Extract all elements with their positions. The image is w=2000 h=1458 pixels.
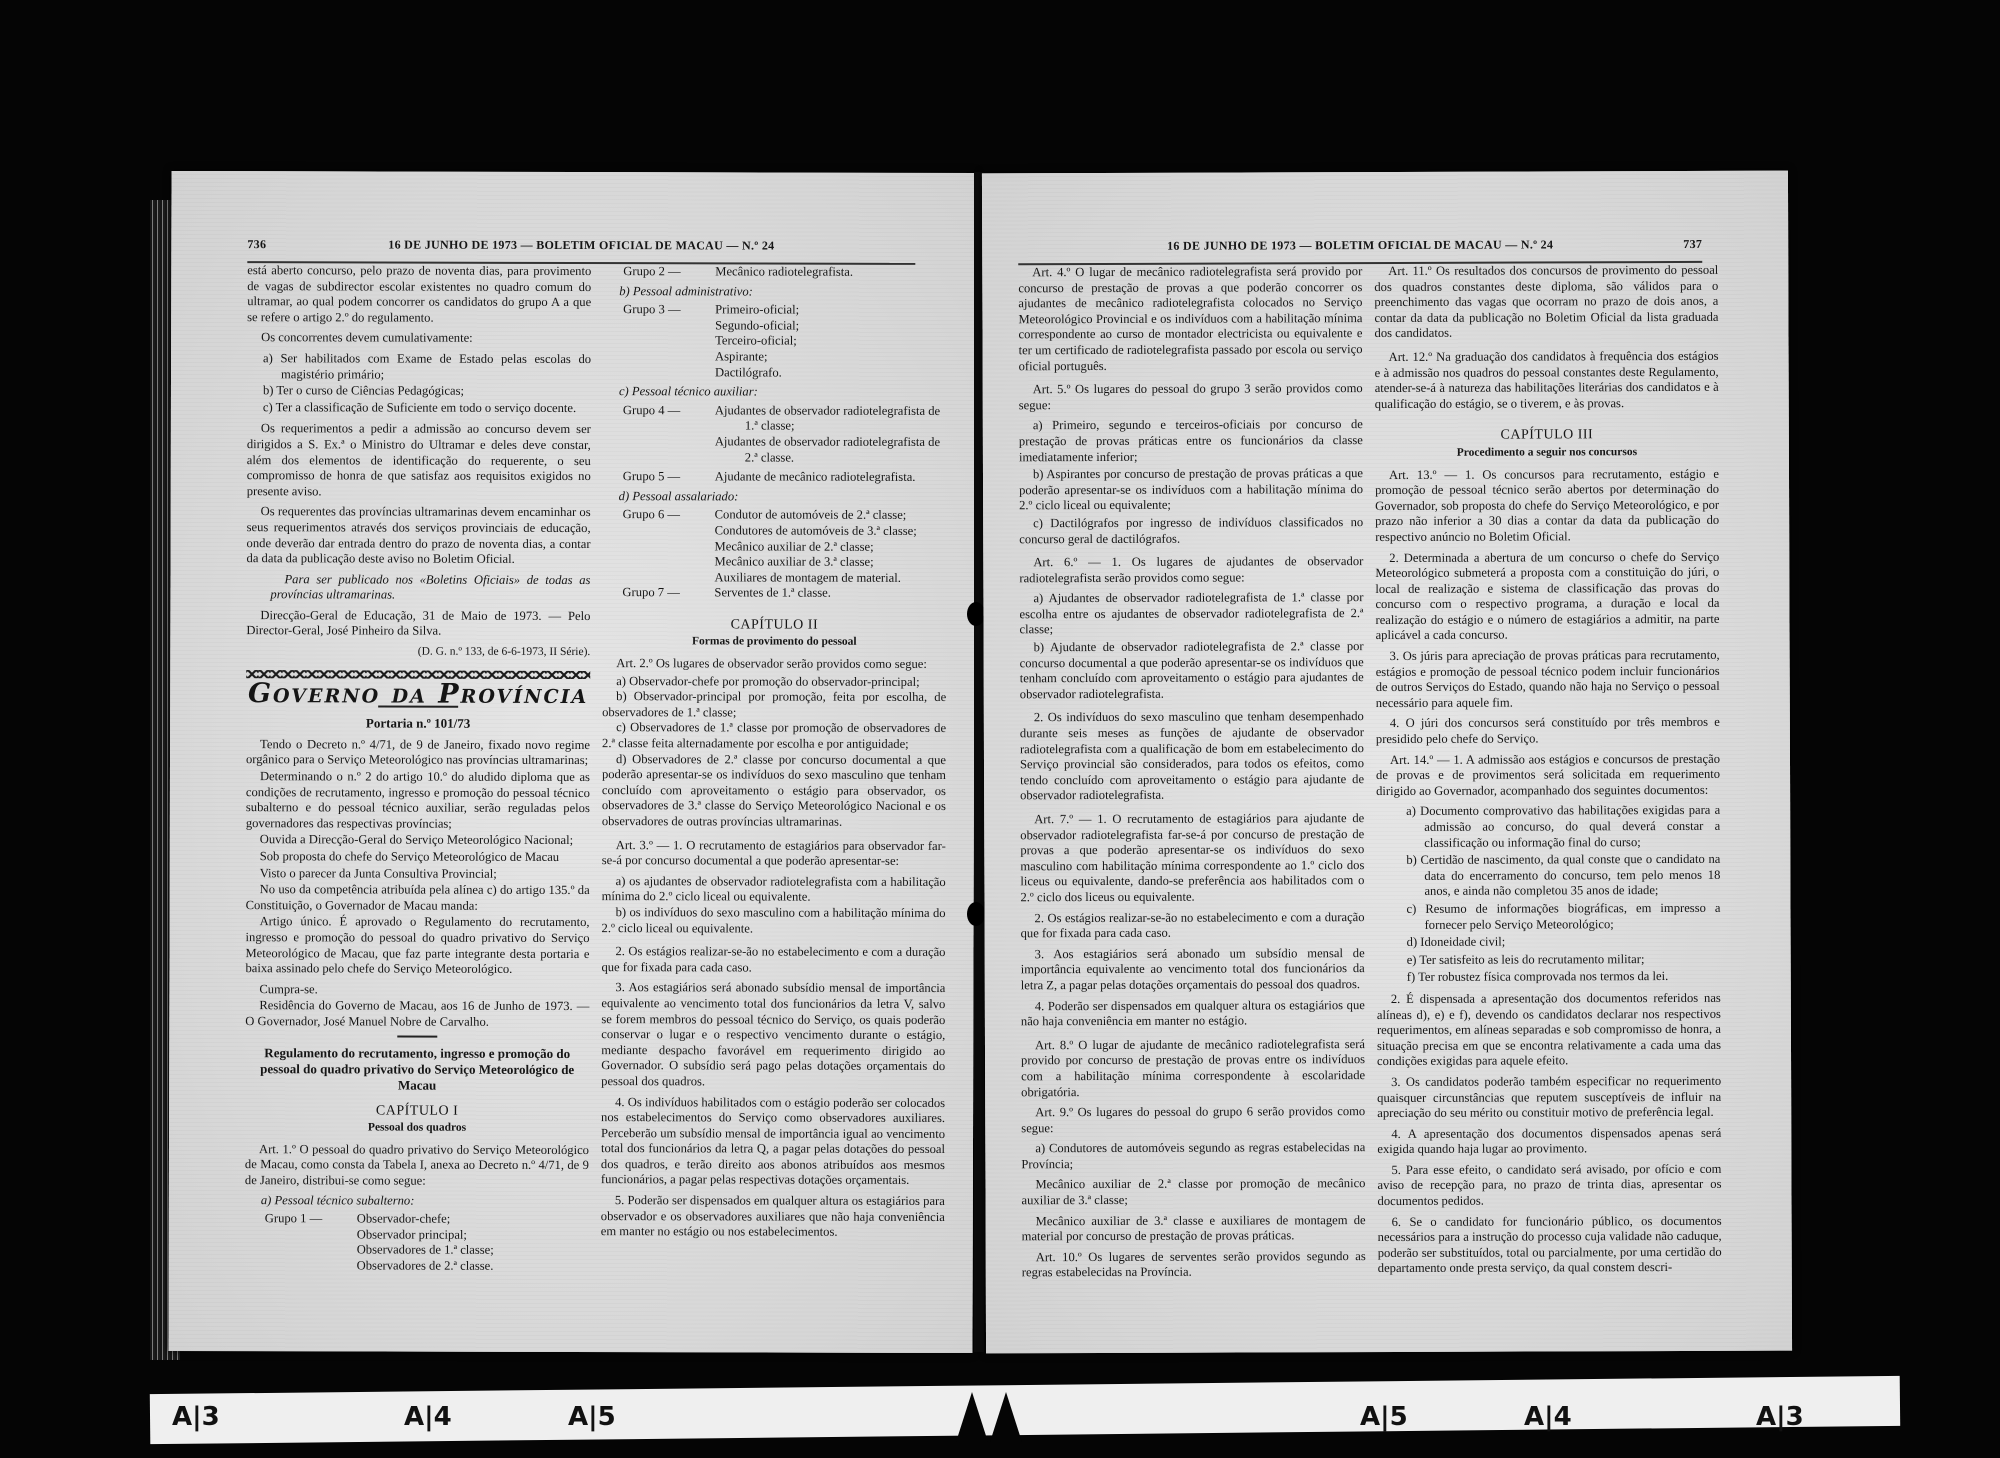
divider [397, 1035, 437, 1037]
frame-marker: A|4 [404, 1402, 452, 1432]
paragraph: Sob proposta do chefe do Serviço Meteoro… [246, 849, 590, 865]
running-head-title: 16 DE JUNHO DE 1973 — BOLETIM OFICIAL DE… [247, 237, 915, 254]
paragraph: Ouvida a Direcção-Geral do Serviço Meteo… [246, 833, 590, 849]
group-label: Grupo 6 — [602, 507, 714, 585]
group-item: Observador principal; [357, 1227, 589, 1243]
group-item: Auxiliares de montagem de material. [714, 570, 946, 586]
paragraph: Art. 3.º — 1. O recrutamento de estagiár… [602, 838, 946, 870]
film-notch [956, 1392, 988, 1442]
list-item: b) Ter o curso de Ciências Pedagógicas; [247, 383, 591, 399]
group-category: c) Pessoal técnico auxiliar: [603, 384, 947, 400]
chapter-heading: CAPÍTULO III [1375, 427, 1719, 444]
list-item: a) Documento comprovativo das habilitaçõ… [1376, 803, 1720, 851]
list-item: f) Ter robustez física comprovada nos te… [1377, 969, 1721, 986]
group-category: b) Pessoal administrativo: [603, 284, 947, 300]
group-item: Ajudante de mecânico radiotelegrafista. [715, 469, 947, 485]
frame-marker: A|3 [1756, 1402, 1804, 1432]
list-item: a) os ajudantes de observador radioteleg… [602, 874, 946, 906]
group-item: Observador-chefe; [357, 1212, 589, 1228]
group-label: Grupo 2 — [603, 264, 715, 280]
gazette-spread: 736 16 DE JUNHO DE 1973 — BOLETIM OFICIA… [170, 172, 1790, 1352]
paragraph: está aberto concurso, pelo prazo de nove… [247, 263, 591, 326]
signature-line: Direcção-Geral de Educação, 31 de Maio d… [246, 608, 590, 640]
paragraph: 4. O júri dos concursos será constituído… [1376, 715, 1720, 747]
chapter-subheading: Procedimento a seguir nos concursos [1375, 445, 1719, 462]
group-item: 2.ª classe. [715, 450, 947, 466]
group-item: 1.ª classe; [715, 419, 947, 435]
binding-hole [967, 602, 985, 626]
paragraph: 3. Os júris para apreciação de provas pr… [1376, 648, 1720, 712]
paragraph: 6. Se o candidato for funcionário públic… [1378, 1213, 1722, 1277]
group-item: Mecânico radiotelegrafista. [715, 264, 947, 280]
list-item: d) Observadores de 2.ª classe por concur… [602, 752, 946, 831]
group-category: d) Pessoal assalariado: [603, 489, 947, 505]
paragraph: Art. 1.º O pessoal do quadro privativo d… [245, 1142, 589, 1190]
list-item: b) os indivíduos do sexo masculino com a… [602, 905, 946, 937]
group-label: Grupo 5 — [603, 469, 715, 485]
frame-marker: A|4 [1524, 1402, 1572, 1432]
paragraph: No uso da competência atribuída pela alí… [246, 882, 590, 914]
frame-marker: A|3 [172, 1402, 220, 1432]
paragraph: 2. Determinada a abertura de um concurso… [1375, 549, 1719, 644]
page-number: 737 [1683, 237, 1702, 252]
paragraph: Art. 2.º Os lugares de observador serão … [602, 656, 946, 672]
group-6: Grupo 6 — Condutor de automóveis de 2.ª … [602, 507, 946, 586]
paragraph: Tendo o Decreto n.º 4/71, de 9 de Janeir… [246, 737, 590, 769]
paragraph: 3. Os candidatos poderão também especifi… [1377, 1074, 1721, 1122]
group-label: Grupo 4 — [603, 403, 715, 466]
group-item: Mecânico auxiliar de 2.ª classe; [715, 539, 947, 555]
paragraph: Art. 4.º O lugar de mecânico radiotelegr… [1018, 264, 1362, 374]
binding-hole [967, 902, 985, 926]
paragraph: Determinando o n.º 2 do artigo 10.º do a… [246, 769, 590, 832]
group-item: Mecânico auxiliar de 3.ª classe; [715, 554, 947, 570]
chapter-subheading: Pessoal dos quadros [245, 1120, 589, 1136]
paragraph: Art. 11.º Os resultados dos concursos de… [1374, 263, 1718, 342]
list-item: c) Dactilógrafos por ingresso de indivíd… [1019, 515, 1363, 547]
list-item: c) Ter a classificação de Suficiente em … [247, 400, 591, 416]
paragraph: Residência do Governo de Macau, aos 16 d… [245, 998, 589, 1030]
frame-marker: A|5 [568, 1402, 616, 1432]
group-item: Serventes de 1.ª classe. [714, 586, 946, 602]
paragraph: 3. Aos estagiários será abonado subsídio… [601, 980, 945, 1090]
paragraph: Art. 7.º — 1. O recrutamento de estagiár… [1020, 811, 1364, 906]
group-item: Segundo-oficial; [715, 318, 947, 334]
paragraph: Visto o parecer da Junta Consultiva Prov… [246, 866, 590, 882]
group-item: Condutor de automóveis de 2.ª classe; [715, 508, 947, 524]
group-2: Grupo 2 — Mecânico radiotelegrafista. [603, 264, 947, 280]
paragraph: 5. Para esse efeito, o candidato será av… [1377, 1162, 1721, 1210]
group-item: Observadores de 1.ª classe; [357, 1243, 589, 1259]
paragraph: Art. 14.º — 1. A admissão aos estágios e… [1376, 751, 1720, 799]
marker-text: A|4 [404, 1402, 452, 1432]
reference: (D. G. n.º 133, de 6-6-1973, II Série). [246, 644, 590, 660]
page-737: 16 DE JUNHO DE 1973 — BOLETIM OFICIAL DE… [982, 171, 1792, 1354]
marker-text: A|5 [568, 1402, 616, 1432]
running-head-right: 16 DE JUNHO DE 1973 — BOLETIM OFICIAL DE… [1018, 237, 1702, 265]
list-item: d) Idoneidade civil; [1377, 934, 1721, 951]
list-item: e) Ter satisfeito as leis do recrutament… [1377, 952, 1721, 969]
group-1: Grupo 1 — Observador-chefe; Observador p… [245, 1211, 589, 1274]
group-item: Observadores de 2.ª classe. [357, 1258, 589, 1274]
list-item: b) Aspirantes por concurso de prestação … [1019, 466, 1363, 514]
group-item: Dactilógrafo. [715, 365, 947, 381]
frame-marker: A|5 [1360, 1402, 1408, 1432]
paragraph: 2. Os indivíduos do sexo masculino que t… [1020, 710, 1364, 805]
marker-text: A|3 [1756, 1402, 1804, 1432]
right-column-1: Art. 4.º O lugar de mecânico radiotelegr… [1018, 264, 1366, 1286]
paragraph: Artigo único. É aprovado o Regulamento d… [245, 915, 589, 978]
paragraph: Art. 13.º — 1. Os concursos para recruta… [1375, 466, 1719, 545]
paragraph: 2. Os estágios realizar-se-ão no estabel… [601, 944, 945, 976]
paragraph: 5. Poderão ser dispensados em qualquer a… [601, 1193, 945, 1241]
paragraph: 3. Aos estagiários será abonado um subsí… [1021, 946, 1365, 994]
group-item: Aspirante; [715, 349, 947, 365]
paragraph: Art. 6.º — 1. Os lugares de ajudantes de… [1019, 554, 1363, 586]
portaria-title: Portaria n.º 101/73 [246, 715, 590, 731]
chapter-heading: CAPÍTULO I [245, 1103, 589, 1119]
paragraph: Os concorrentes devem cumulativamente: [247, 331, 591, 347]
group-item: Terceiro-oficial; [715, 334, 947, 350]
list-item: c) Resumo de informações biográficas, em… [1376, 901, 1720, 933]
group-label: Grupo 3 — [603, 302, 715, 380]
group-label: Grupo 1 — [245, 1211, 357, 1274]
list-item: a) Primeiro, segundo e terceiros-oficiai… [1019, 417, 1363, 465]
marker-text: A|4 [1524, 1402, 1572, 1432]
chapter-subheading: Formas de provimento do pessoal [602, 635, 946, 651]
list-item: Mecânico auxiliar de 3.ª classe e auxili… [1022, 1213, 1366, 1245]
page-736: 736 16 DE JUNHO DE 1973 — BOLETIM OFICIA… [168, 171, 975, 1353]
left-column-2: Grupo 2 — Mecânico radiotelegrafista. b)… [601, 264, 948, 1246]
paragraph: 4. Os indivíduos habilitados com o estág… [601, 1095, 945, 1189]
list-item: c) Observadores de 1.ª classe por promoç… [602, 721, 946, 753]
group-item: Ajudantes de observador radiotelegrafist… [715, 403, 947, 419]
right-column-2: Art. 11.º Os resultados dos concursos de… [1374, 263, 1722, 1282]
paragraph: 4. Poderão ser dispensados em qualquer a… [1021, 998, 1365, 1030]
running-head-title: 16 DE JUNHO DE 1973 — BOLETIM OFICIAL DE… [1018, 237, 1702, 254]
group-5: Grupo 5 — Ajudante de mecânico radiotele… [603, 469, 947, 485]
list-item: b) Observador-principal por promoção, fe… [602, 689, 946, 721]
list-item: b) Certidão de nascimento, da qual const… [1376, 852, 1720, 900]
paragraph: 2. É dispensada a apresentação dos docum… [1377, 991, 1721, 1070]
marker-text: A|5 [1360, 1402, 1408, 1432]
list-item: a) Condutores de automóveis segundo as r… [1021, 1140, 1365, 1172]
group-item: Condutores de automóveis de 3.ª classe; [715, 523, 947, 539]
list-item: Mecânico auxiliar de 2.ª classe por prom… [1021, 1177, 1365, 1209]
film-notch [990, 1392, 1022, 1442]
paragraph: Art. 5.º Os lugares do pessoal do grupo … [1019, 381, 1363, 413]
list-item: b) Ajudante de observador radiotelegrafi… [1020, 639, 1364, 703]
chapter-heading: CAPÍTULO II [602, 617, 946, 633]
paragraph: Cumpra-se. [245, 982, 589, 998]
group-4: Grupo 4 — Ajudantes de observador radiot… [603, 403, 947, 466]
regulation-title: Regulamento do recrutamento, ingresso e … [245, 1045, 589, 1094]
paragraph: Os requerimentos a pedir a admissão ao c… [247, 421, 591, 500]
paragraph: 2. Os estágios realizar-se-ão no estabel… [1021, 910, 1365, 942]
section-banner: Governo da Província [246, 686, 590, 702]
list-item: a) Ser habilitados com Exame de Estado p… [247, 351, 591, 383]
publication-note: Para ser publicado nos «Boletins Oficiai… [246, 572, 590, 604]
marker-text: A|3 [172, 1402, 220, 1432]
group-item: Primeiro-oficial; [715, 303, 947, 319]
paragraph: Os requerentes das províncias ultramarin… [247, 504, 591, 567]
paragraph: Art. 8.º O lugar de ajudante de mecânico… [1021, 1037, 1365, 1101]
group-7: Grupo 7 — Serventes de 1.ª classe. [602, 585, 946, 601]
list-item: a) Observador-chefe por promoção do obse… [602, 674, 946, 690]
running-head-left: 736 16 DE JUNHO DE 1973 — BOLETIM OFICIA… [247, 237, 915, 265]
paragraph: Art. 10.º Os lugares de serventes serão … [1022, 1249, 1366, 1281]
paragraph: Art. 12.º Na graduação dos candidatos à … [1375, 349, 1719, 413]
group-category: a) Pessoal técnico subalterno: [245, 1193, 589, 1209]
left-column-1: está aberto concurso, pelo prazo de nove… [245, 263, 592, 1274]
list-item: a) Ajudantes de observador radiotelegraf… [1019, 590, 1363, 638]
paragraph: 4. A apresentação dos documentos dispens… [1377, 1126, 1721, 1158]
group-label: Grupo 7 — [602, 585, 714, 601]
paragraph: Art. 9.º Os lugares do pessoal do grupo … [1021, 1104, 1365, 1136]
group-3: Grupo 3 — Primeiro-oficial; Segundo-ofic… [603, 302, 947, 381]
group-item: Ajudantes de observador radiotelegrafist… [715, 434, 947, 450]
